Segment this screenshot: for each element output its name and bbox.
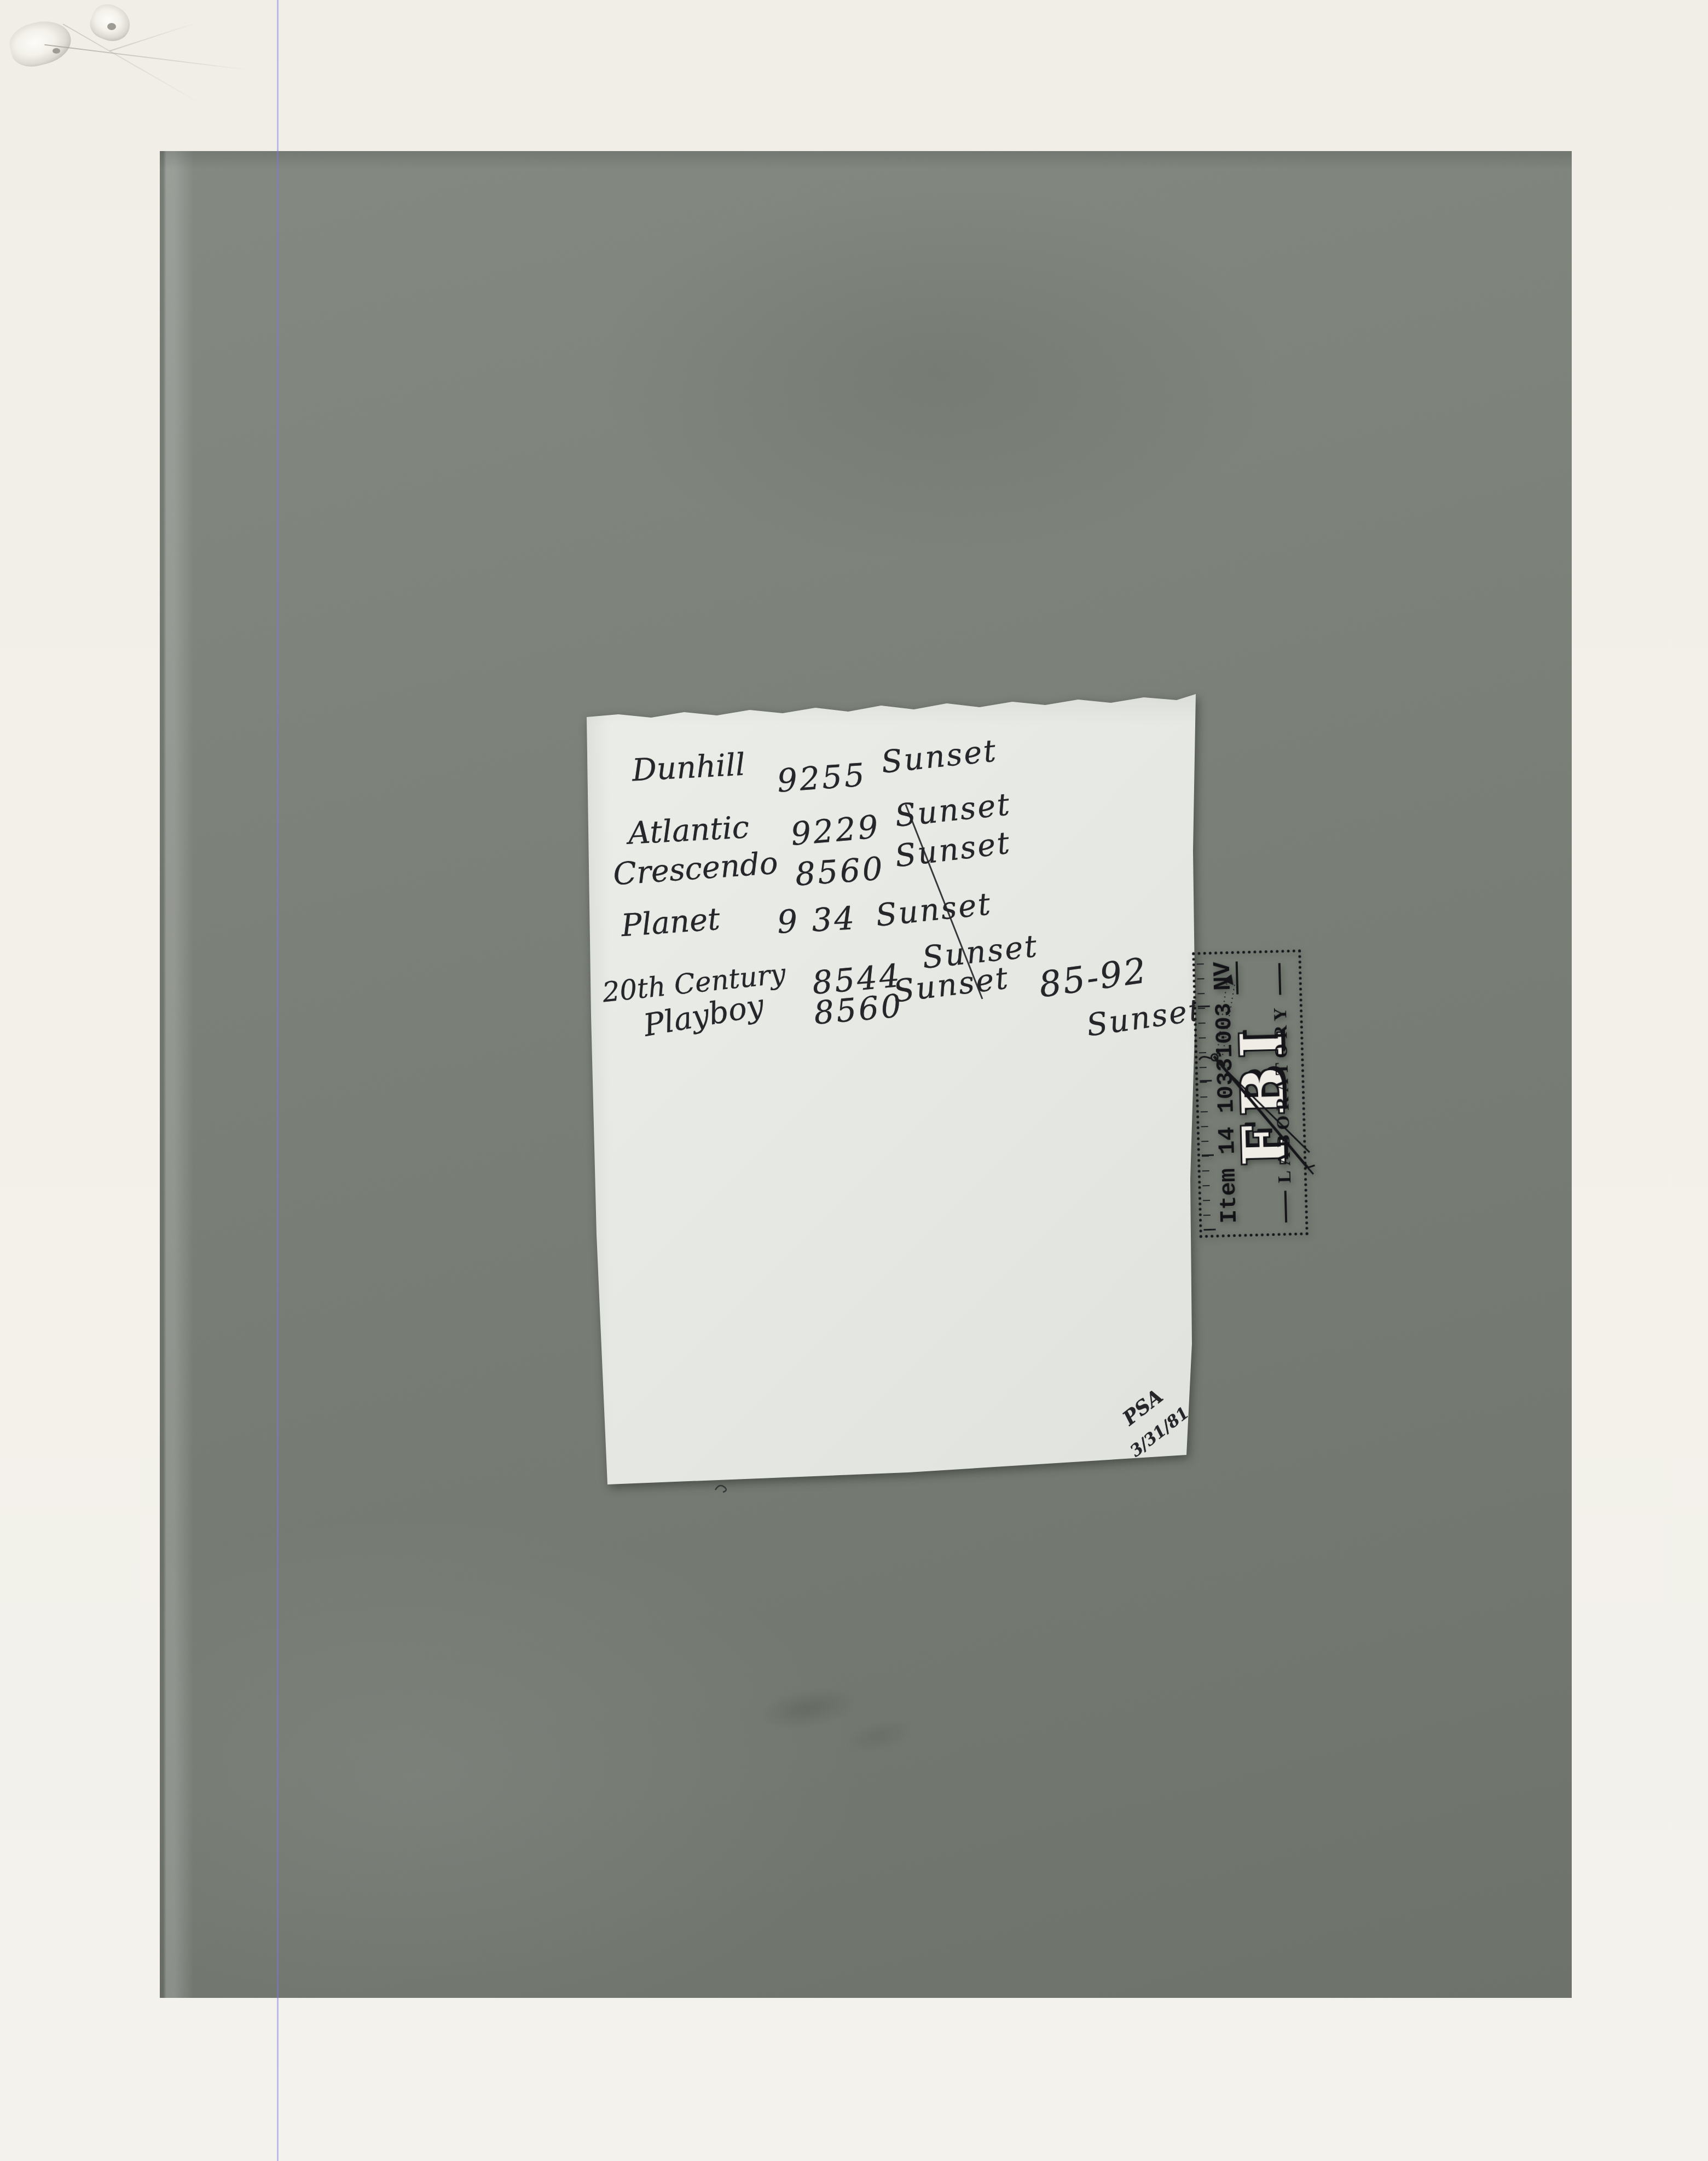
addendum-street-name: Sunset <box>1085 992 1205 1044</box>
board-smudge <box>754 1682 863 1736</box>
crossout-stroke <box>580 687 1204 1492</box>
staple-damage-mark <box>5 15 76 72</box>
laboratory-left-rule <box>1284 1191 1288 1222</box>
evidence-note-paper: Dunhill 9255 Sunset Atlantic 9229 Sunset… <box>580 687 1204 1492</box>
street-number: 9255 <box>776 756 868 799</box>
club-name: Atlantic <box>627 810 750 851</box>
paper-crease <box>44 44 251 71</box>
street-name: Sunset <box>891 960 1011 1009</box>
board-smudge <box>841 1713 917 1759</box>
scanner-artifact-line <box>277 0 279 2161</box>
club-name: Dunhill <box>631 747 746 789</box>
street-number: 9229 <box>789 808 882 853</box>
street-number: 8560 <box>794 850 886 893</box>
scanned-photo-page: Dunhill 9255 Sunset Atlantic 9229 Sunset… <box>0 0 1708 2161</box>
addendum-number-range: 85-92 <box>1037 950 1150 1006</box>
fbi-evidence-label: Item 14 10331003NV FBI <box>1187 944 1313 1243</box>
club-name: Crescendo <box>612 846 779 893</box>
label-sticker-background: Item 14 10331003NV FBI <box>1187 944 1313 1243</box>
paper-crease <box>63 24 206 107</box>
label-decorative-border: Item 14 10331003NV FBI <box>1192 949 1308 1238</box>
staple-hole <box>53 48 60 54</box>
note-paper-surface: Dunhill 9255 Sunset Atlantic 9229 Sunset… <box>580 687 1204 1492</box>
club-name: Planet <box>620 902 721 944</box>
street-number: 9 34 <box>776 899 858 941</box>
laboratory-right-rule <box>1278 963 1282 995</box>
street-number: 8560 <box>812 987 905 1032</box>
street-name: Sunset <box>874 886 994 934</box>
street-name: Sunset <box>879 733 999 781</box>
label-region-code: NV <box>1209 961 1237 991</box>
staple-hole <box>107 23 116 30</box>
